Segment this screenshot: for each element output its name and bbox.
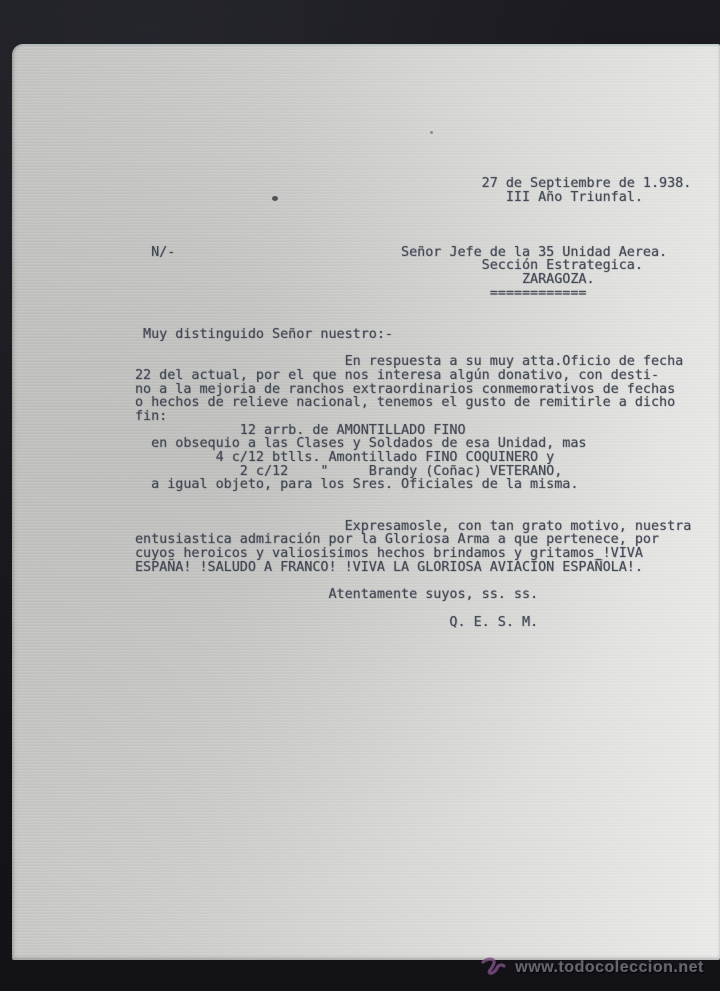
paper-speck	[430, 131, 433, 134]
watermark-text: www.todocoleccion.net	[515, 959, 704, 977]
letter-text: 27 de Septiembre de 1.938. III Año Triun…	[135, 177, 691, 629]
letter-paper: 27 de Septiembre de 1.938. III Año Triun…	[12, 44, 720, 960]
scanned-letter-page: 27 de Septiembre de 1.938. III Año Triun…	[0, 0, 720, 991]
paper-speck	[272, 196, 278, 201]
watermark: www.todocoleccion.net	[480, 956, 704, 980]
todocoleccion-logo-icon	[480, 956, 506, 980]
